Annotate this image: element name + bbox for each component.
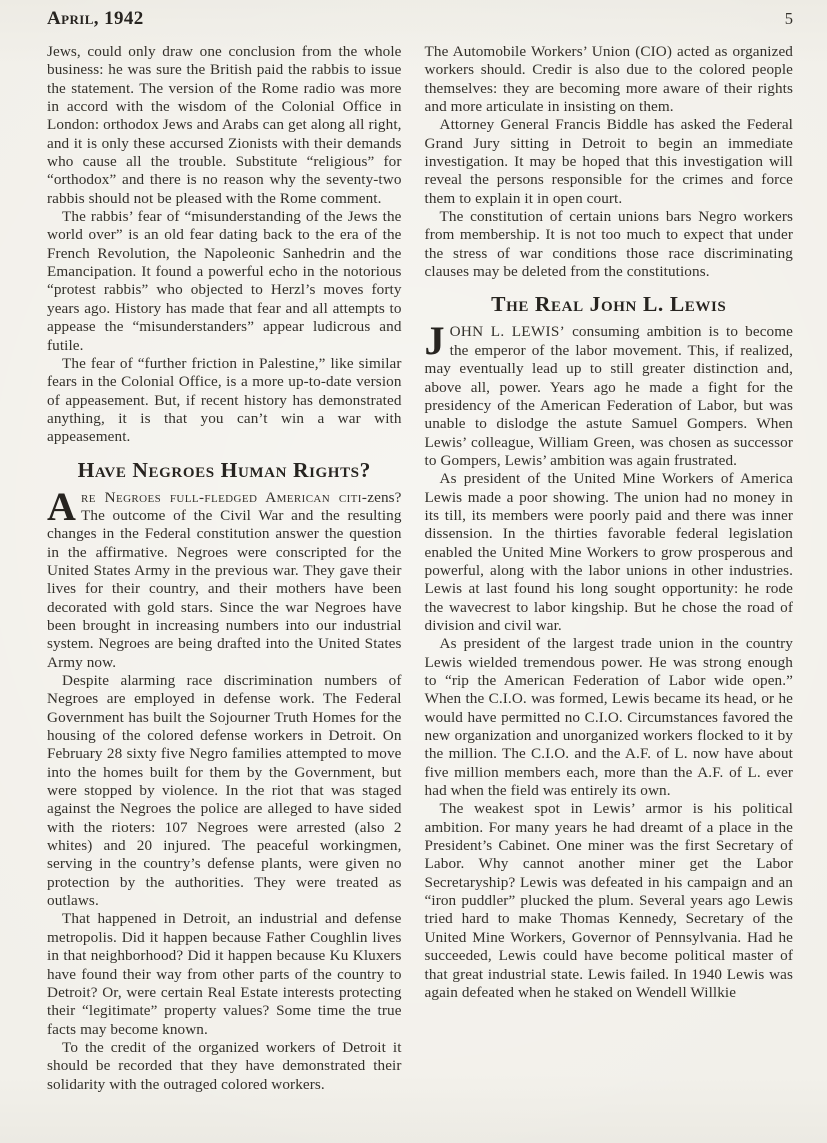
right-column: The Automobile Workers’ Union (CIO) acte… [425,43,793,1094]
section-heading-the-real-john-l-lewis: The Real John L. Lewis [425,292,793,316]
drop-cap-j: J [425,326,445,356]
magazine-page: April, 1942 5 Jews, could only draw one … [0,0,827,1143]
two-column-layout: Jews, could only draw one conclusion fro… [47,43,793,1094]
paragraph: The fear of “further friction in Palesti… [47,355,402,447]
lead-paragraph: A re Negroes full-fledged American citi-… [47,489,402,672]
small-caps-lead: re Negroes full-fledged American citi- [81,489,367,506]
page-number: 5 [785,9,793,29]
paragraph: Jews, could only draw one conclusion fro… [47,43,402,208]
paragraph: Despite alarming race discrimination num… [47,672,402,910]
left-column: Jews, could only draw one conclusion fro… [47,43,402,1094]
paragraph: As president of the largest trade union … [425,635,793,800]
issue-date: April, 1942 [47,8,144,30]
lead-paragraph: J OHN L. LEWIS’ consuming ambition is to… [425,323,793,470]
caps-lead: OHN L. LEWIS’ [450,323,565,340]
paragraph-text: consuming ambition is to become the empe… [425,323,793,468]
section-heading-have-negroes-human-rights: Have Negroes Human Rights? [47,458,402,482]
paragraph: The constitution of certain unions bars … [425,208,793,281]
paragraph: The weakest spot in Lewis’ armor is his … [425,800,793,1002]
paragraph: That happened in Detroit, an industrial … [47,910,402,1038]
drop-cap-a: A [47,492,76,522]
paragraph: To the credit of the organized workers o… [47,1039,402,1094]
paragraph: The Automobile Workers’ Union (CIO) acte… [425,43,793,116]
paragraph: The rabbis’ fear of “misunderstanding of… [47,208,402,355]
page-header: April, 1942 5 [47,8,793,30]
paragraph: As president of the United Mine Workers … [425,470,793,635]
paragraph-text: zens? The outcome of the Civil War and t… [47,489,402,671]
paragraph: Attorney General Francis Biddle has aske… [425,116,793,208]
